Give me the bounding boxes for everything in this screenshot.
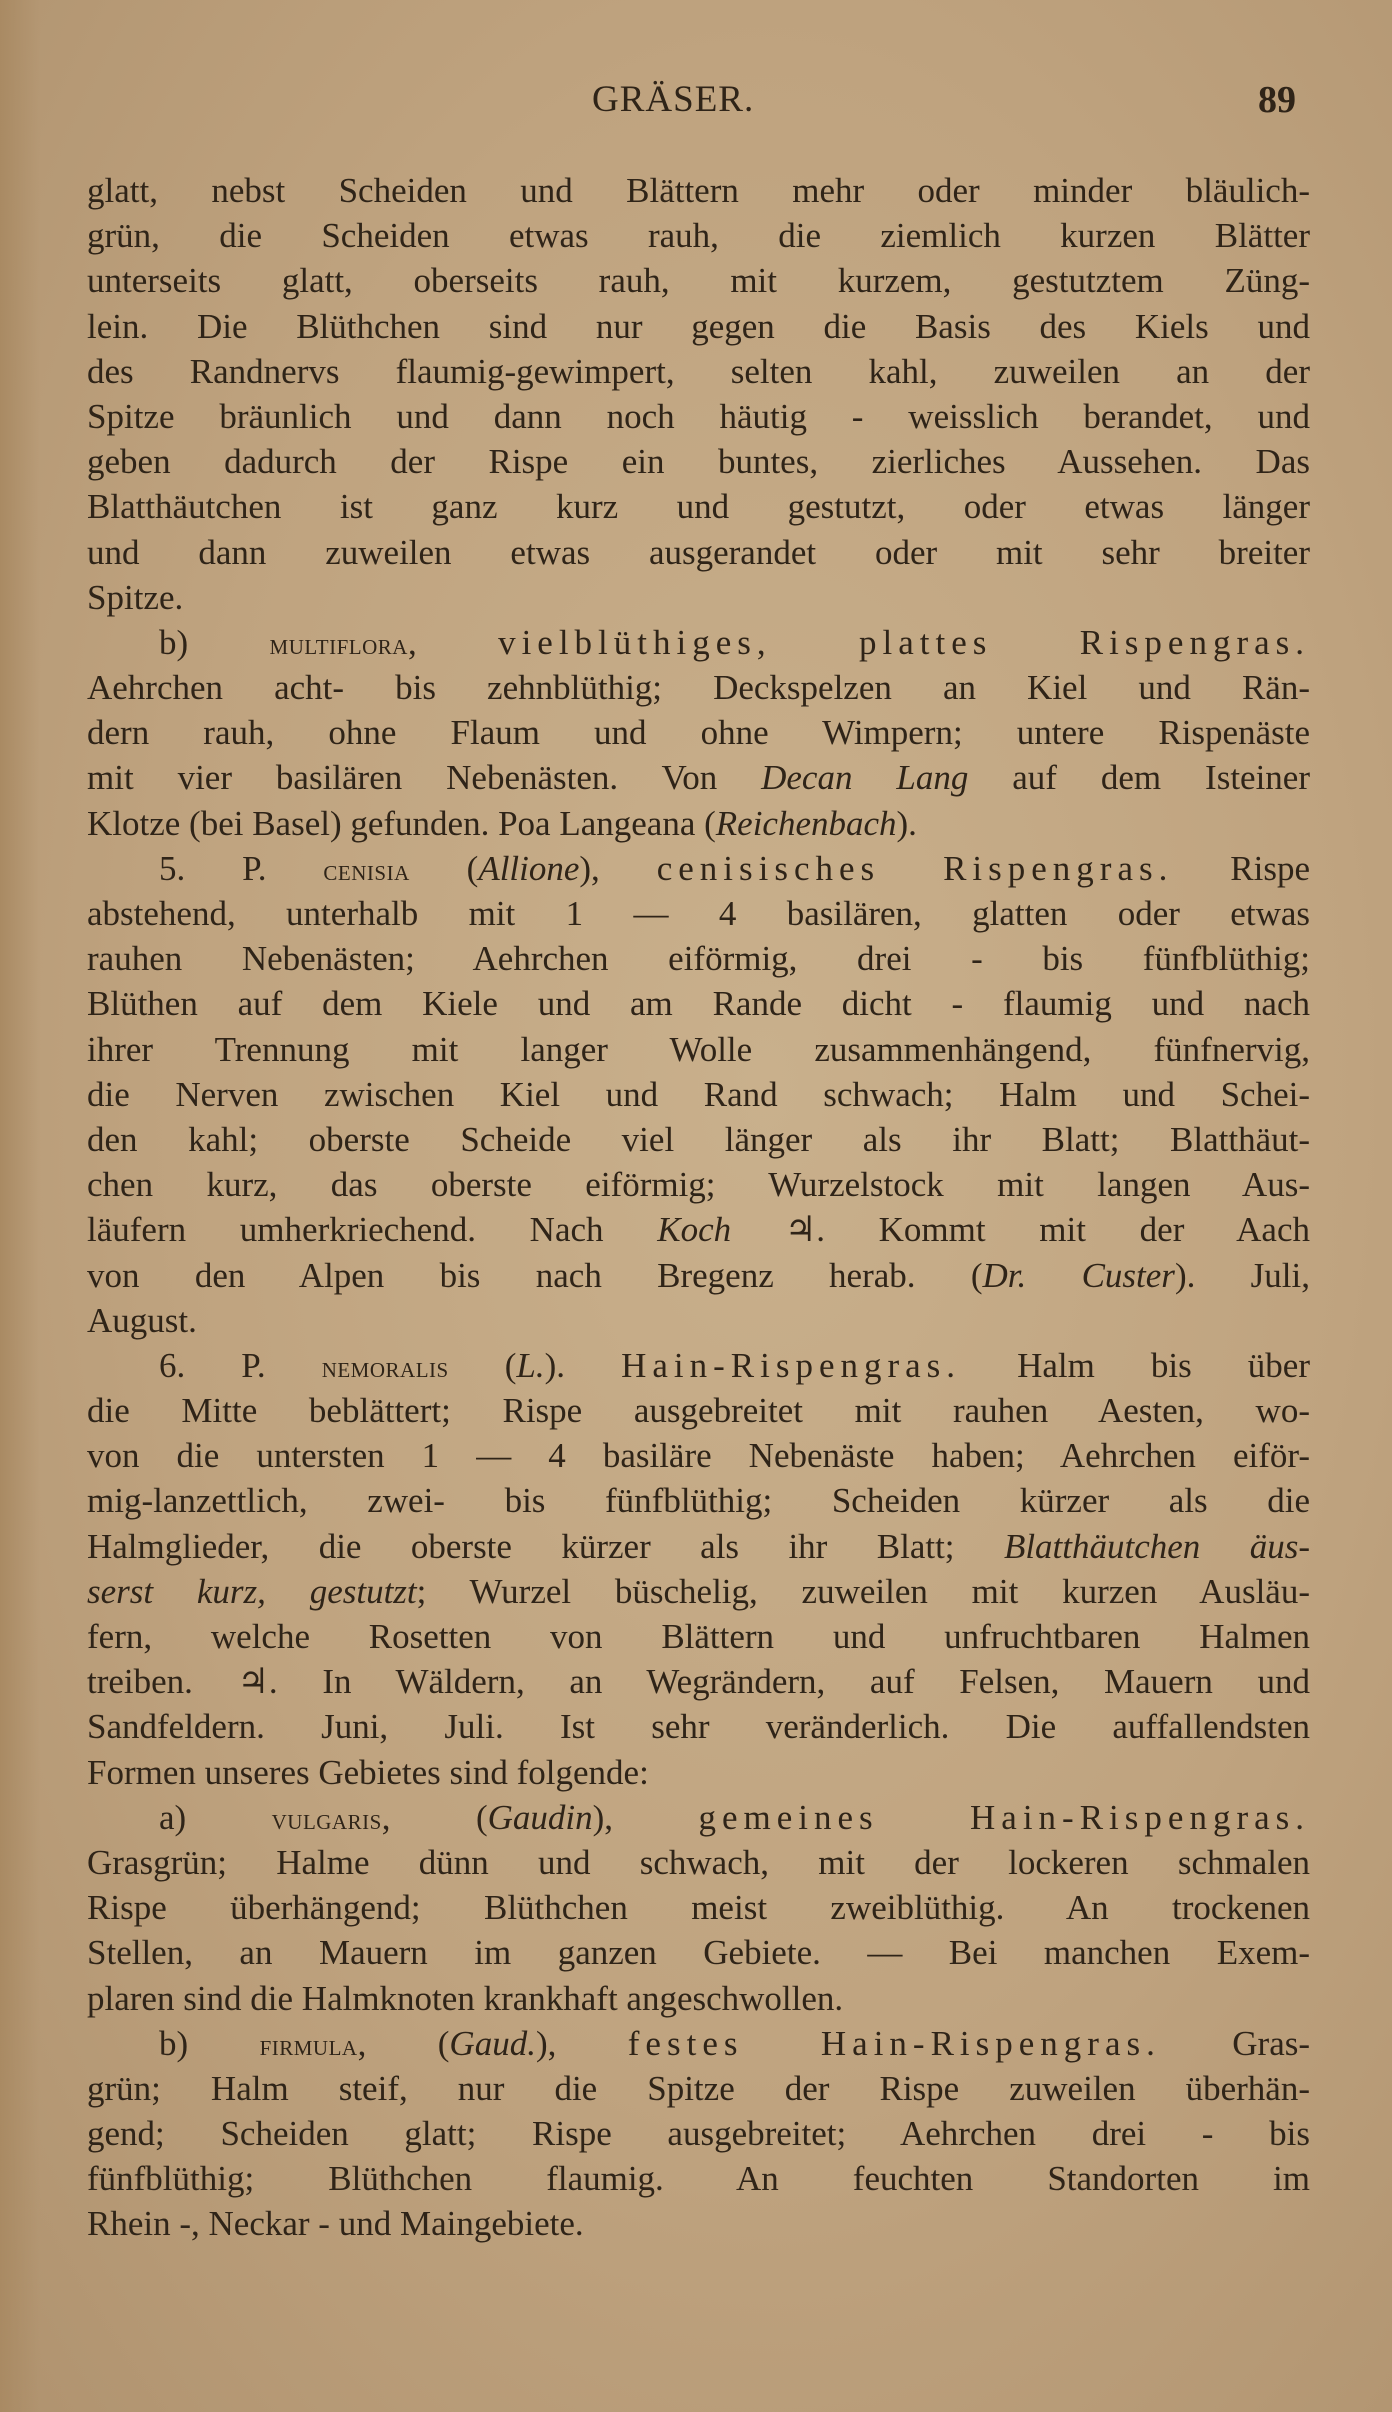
text-line: Sandfeldern. Juni, Juli. Ist sehr veränd…: [87, 1704, 1310, 1749]
text-segment: , (: [358, 2024, 450, 2063]
text-segment: Blüthen auf dem Kiele und am Rande dicht…: [87, 984, 1310, 1023]
text-line: fünfblüthig; Blüthchen flaumig. An feuch…: [87, 2156, 1310, 2201]
page-edge-shadow: [0, 0, 40, 2412]
text-segment: glatt, nebst Scheiden und Blättern mehr …: [87, 171, 1310, 210]
text-line: Rispe überhängend; Blüthchen meist zweib…: [87, 1885, 1310, 1930]
text-line: gend; Scheiden glatt; Rispe ausgebreitet…: [87, 2111, 1310, 2156]
text-line: grün; Halm steif, nur die Spitze der Ris…: [87, 2066, 1310, 2111]
text-segment: ihrer Trennung mit langer Wolle zusammen…: [87, 1030, 1310, 1069]
text-segment: plaren sind die Halmknoten krankhaft ang…: [87, 1979, 843, 2018]
text-line: den kahl; oberste Scheide viel länger al…: [87, 1117, 1310, 1162]
text-segment: Gras-: [1161, 2024, 1310, 2063]
text-line: Halmglieder, die oberste kürzer als ihr …: [87, 1524, 1310, 1569]
species-name: vulgaris: [272, 1803, 382, 1836]
text-segment: Halm bis über: [961, 1346, 1310, 1385]
text-segment: auf dem Isteiner: [968, 758, 1310, 797]
common-name: festes Hain-Rispengras.: [628, 2024, 1161, 2063]
text-segment: ).: [897, 804, 917, 843]
text-line: des Randnervs flaumig-gewimpert, selten …: [87, 349, 1310, 394]
common-name: gemeines Hain-Rispengras.: [698, 1798, 1310, 1837]
text-line: Grasgrün; Halme dünn und schwach, mit de…: [87, 1840, 1310, 1885]
text-line: 5. P. cenisia (Allione), cenisisches Ris…: [87, 846, 1310, 891]
page-number: 89: [1258, 78, 1296, 122]
italic-text: Reichenbach: [716, 804, 897, 843]
text-line: Aehrchen acht- bis zehnblüthig; Deckspel…: [87, 665, 1310, 710]
text-segment: ),: [536, 2024, 628, 2063]
text-segment: ). Juli,: [1175, 1256, 1310, 1295]
text-segment: grün; Halm steif, nur die Spitze der Ris…: [87, 2069, 1310, 2108]
text-line: lein. Die Blüthchen sind nur gegen die B…: [87, 304, 1310, 349]
species-name: firmula: [260, 2029, 358, 2062]
italic-text: L.: [516, 1346, 544, 1385]
italic-text: Gaud.: [449, 2024, 536, 2063]
text-segment: b): [159, 623, 270, 662]
running-title: GRÄSER.: [592, 78, 754, 121]
text-line: Klotze (bei Basel) gefunden. Poa Langean…: [87, 801, 1310, 846]
text-segment: unterseits glatt, oberseits rauh, mit ku…: [87, 261, 1310, 300]
text-segment: Stellen, an Mauern im ganzen Gebiete. — …: [87, 1933, 1310, 1972]
text-segment: Spitze bräunlich und dann noch häutig - …: [87, 397, 1310, 436]
common-name: Hain-Rispengras.: [621, 1346, 961, 1385]
common-name: vielblüthiges, plattes Rispengras.: [498, 623, 1310, 662]
text-segment: geben dadurch der Rispe ein buntes, zier…: [87, 442, 1310, 481]
text-line: abstehend, unterhalb mit 1 — 4 basilären…: [87, 891, 1310, 936]
text-line: dern rauh, ohne Flaum und ohne Wimpern; …: [87, 710, 1310, 755]
text-line: serst kurz, gestutzt; Wurzel büschelig, …: [87, 1569, 1310, 1614]
text-segment: treiben. ♃. In Wäldern, an Wegrändern, a…: [87, 1662, 1310, 1701]
text-line: grün, die Scheiden etwas rauh, die zieml…: [87, 213, 1310, 258]
text-segment: und dann zuweilen etwas ausgerandet oder…: [87, 533, 1310, 572]
italic-text: Blatthäutchen äus-: [1004, 1527, 1310, 1566]
text-segment: 5. P.: [159, 849, 323, 888]
italic-text: Decan Lang: [761, 758, 968, 797]
body-text: glatt, nebst Scheiden und Blättern mehr …: [87, 168, 1310, 2247]
text-line: Blatthäutchen ist ganz kurz und gestutzt…: [87, 484, 1310, 529]
text-segment: gend; Scheiden glatt; Rispe ausgebreitet…: [87, 2114, 1310, 2153]
text-segment: chen kurz, das oberste eiförmig; Wurzels…: [87, 1165, 1310, 1204]
text-segment: fern, welche Rosetten von Blättern und u…: [87, 1617, 1310, 1656]
text-line: 6. P. nemoralis (L.). Hain-Rispengras. H…: [87, 1343, 1310, 1388]
text-segment: dern rauh, ohne Flaum und ohne Wimpern; …: [87, 713, 1310, 752]
text-segment: 6. P.: [159, 1346, 322, 1385]
text-segment: Aehrchen acht- bis zehnblüthig; Deckspel…: [87, 668, 1310, 707]
text-segment: ; Wurzel büschelig, zuweilen mit kurzen …: [417, 1572, 1310, 1611]
text-line: Blüthen auf dem Kiele und am Rande dicht…: [87, 981, 1310, 1026]
text-line: die Mitte beblättert; Rispe ausgebreitet…: [87, 1388, 1310, 1433]
text-line: mig-lanzettlich, zwei- bis fünfblüthig; …: [87, 1478, 1310, 1523]
text-segment: ,: [408, 623, 498, 662]
text-segment: Klotze (bei Basel) gefunden. Poa Langean…: [87, 804, 716, 843]
text-line: a) vulgaris, (Gaudin), gemeines Hain-Ris…: [87, 1795, 1310, 1840]
text-line: und dann zuweilen etwas ausgerandet oder…: [87, 530, 1310, 575]
text-segment: ♃. Kommt mit der Aach: [731, 1210, 1310, 1249]
running-header: GRÄSER. 89: [0, 78, 1392, 128]
text-line: plaren sind die Halmknoten krankhaft ang…: [87, 1976, 1310, 2021]
text-segment: die Mitte beblättert; Rispe ausgebreitet…: [87, 1391, 1310, 1430]
italic-text: serst kurz, gestutzt: [87, 1572, 417, 1611]
text-segment: abstehend, unterhalb mit 1 — 4 basilären…: [87, 894, 1310, 933]
text-line: Rhein -, Neckar - und Maingebiete.: [87, 2201, 1310, 2246]
text-segment: a): [159, 1798, 272, 1837]
text-segment: fünfblüthig; Blüthchen flaumig. An feuch…: [87, 2159, 1310, 2198]
text-segment: ).: [545, 1346, 621, 1385]
text-line: glatt, nebst Scheiden und Blättern mehr …: [87, 168, 1310, 213]
text-line: die Nerven zwischen Kiel und Rand schwac…: [87, 1072, 1310, 1117]
italic-text: Allione: [478, 849, 579, 888]
text-line: Spitze.: [87, 575, 1310, 620]
italic-text: Dr. Custer: [983, 1256, 1175, 1295]
text-line: unterseits glatt, oberseits rauh, mit ku…: [87, 258, 1310, 303]
text-line: ihrer Trennung mit langer Wolle zusammen…: [87, 1027, 1310, 1072]
text-line: Stellen, an Mauern im ganzen Gebiete. — …: [87, 1930, 1310, 1975]
italic-text: Koch: [657, 1210, 731, 1249]
text-segment: grün, die Scheiden etwas rauh, die zieml…: [87, 216, 1310, 255]
text-segment: den kahl; oberste Scheide viel länger al…: [87, 1120, 1310, 1159]
text-segment: des Randnervs flaumig-gewimpert, selten …: [87, 352, 1310, 391]
text-line: b) firmula, (Gaud.), festes Hain-Rispeng…: [87, 2021, 1310, 2066]
text-segment: Grasgrün; Halme dünn und schwach, mit de…: [87, 1843, 1310, 1882]
text-segment: läufern umherkriechend. Nach: [87, 1210, 657, 1249]
text-segment: lein. Die Blüthchen sind nur gegen die B…: [87, 307, 1310, 346]
text-segment: Spitze.: [87, 578, 183, 617]
text-segment: Rhein -, Neckar - und Maingebiete.: [87, 2204, 584, 2243]
text-segment: ),: [579, 849, 656, 888]
common-name: cenisisches Rispengras.: [657, 849, 1174, 888]
text-line: von den Alpen bis nach Bregenz herab. (D…: [87, 1253, 1310, 1298]
text-segment: Sandfeldern. Juni, Juli. Ist sehr veränd…: [87, 1707, 1310, 1746]
text-segment: Rispe: [1173, 849, 1310, 888]
text-segment: von die untersten 1 — 4 basiläre Nebenäs…: [87, 1436, 1310, 1475]
text-segment: mit vier basilären Nebenästen. Von: [87, 758, 761, 797]
text-segment: Halmglieder, die oberste kürzer als ihr …: [87, 1527, 1004, 1566]
text-segment: , (: [382, 1798, 488, 1837]
text-line: b) multiflora, vielblüthiges, plattes Ri…: [87, 620, 1310, 665]
species-name: multiflora: [270, 628, 408, 661]
text-segment: b): [159, 2024, 260, 2063]
italic-text: Gaudin: [488, 1798, 593, 1837]
text-line: chen kurz, das oberste eiförmig; Wurzels…: [87, 1162, 1310, 1207]
text-line: läufern umherkriechend. Nach Koch ♃. Kom…: [87, 1207, 1310, 1252]
text-segment: ),: [593, 1798, 699, 1837]
text-segment: August.: [87, 1301, 197, 1340]
text-line: treiben. ♃. In Wäldern, an Wegrändern, a…: [87, 1659, 1310, 1704]
text-line: fern, welche Rosetten von Blättern und u…: [87, 1614, 1310, 1659]
species-name: cenisia: [323, 854, 409, 887]
text-line: mit vier basilären Nebenästen. Von Decan…: [87, 755, 1310, 800]
text-segment: Formen unseres Gebietes sind folgende:: [87, 1753, 649, 1792]
text-segment: mig-lanzettlich, zwei- bis fünfblüthig; …: [87, 1481, 1310, 1520]
text-segment: von den Alpen bis nach Bregenz herab. (: [87, 1256, 983, 1295]
species-name: nemoralis: [322, 1351, 449, 1384]
text-line: geben dadurch der Rispe ein buntes, zier…: [87, 439, 1310, 484]
text-segment: rauhen Nebenästen; Aehrchen eiförmig, dr…: [87, 939, 1310, 978]
text-line: August.: [87, 1298, 1310, 1343]
text-segment: die Nerven zwischen Kiel und Rand schwac…: [87, 1075, 1310, 1114]
text-line: von die untersten 1 — 4 basiläre Nebenäs…: [87, 1433, 1310, 1478]
text-line: Spitze bräunlich und dann noch häutig - …: [87, 394, 1310, 439]
text-line: Formen unseres Gebietes sind folgende:: [87, 1750, 1310, 1795]
text-line: rauhen Nebenästen; Aehrchen eiförmig, dr…: [87, 936, 1310, 981]
text-segment: (: [449, 1346, 517, 1385]
text-segment: Rispe überhängend; Blüthchen meist zweib…: [87, 1888, 1310, 1927]
text-segment: (: [410, 849, 479, 888]
text-segment: Blatthäutchen ist ganz kurz und gestutzt…: [87, 487, 1310, 526]
